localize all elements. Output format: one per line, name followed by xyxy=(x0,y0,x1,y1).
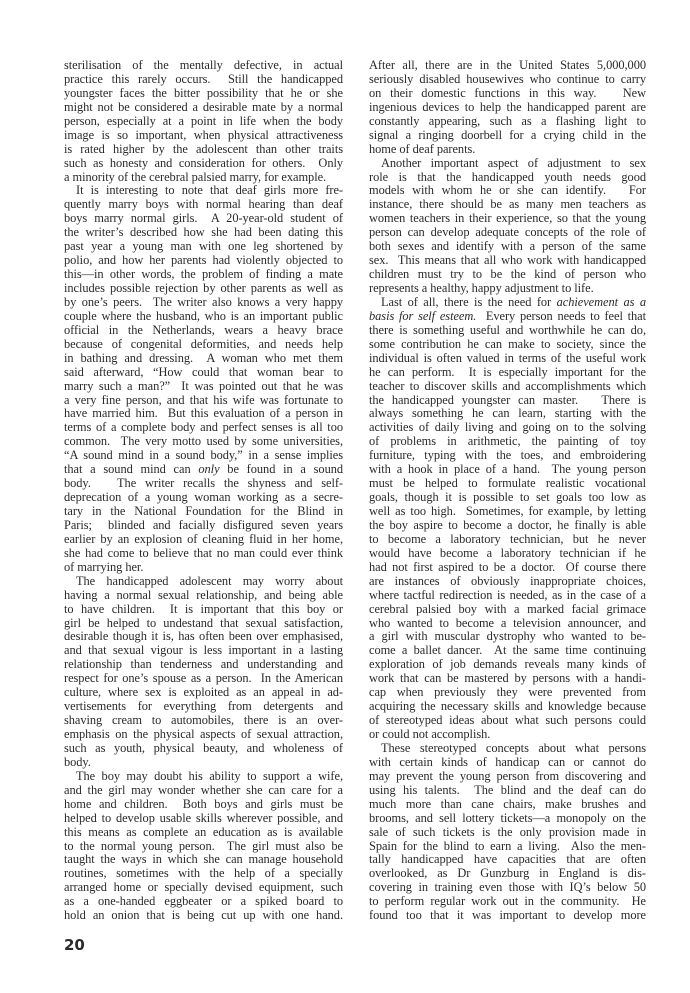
text-line: must be helped to formulate realistic vo… xyxy=(369,477,646,491)
text-line: shaving cream to automobiles, there is a… xyxy=(64,714,343,728)
text-line: past year a young man with one leg short… xyxy=(64,240,343,254)
text-line: on their domestic functions in this way.… xyxy=(369,87,646,101)
text-line: a minority of the cerebral palsied marry… xyxy=(64,171,343,185)
text-line: relationship than tenderness and underst… xyxy=(64,658,343,672)
text-line: sale of such tickets is the only provisi… xyxy=(369,826,646,840)
text-line: terms of a complete body and perfect sen… xyxy=(64,421,343,435)
text-line: such as honesty and consideration for ot… xyxy=(64,157,343,171)
text-line: helped to develop usable skills wherever… xyxy=(64,812,343,826)
text-line: seriously disabled housewives who contin… xyxy=(369,73,646,87)
text-line: includes possible rejection by other par… xyxy=(64,282,343,296)
text-line: there is something useful and worthwhile… xyxy=(369,324,646,338)
text-line: to the normal young person. The girl mus… xyxy=(64,840,343,854)
text-line: to have children. It is important that t… xyxy=(64,603,343,617)
text-line: this means as complete an education as i… xyxy=(64,826,343,840)
text-line: exploration of job demands reveals many … xyxy=(369,658,646,672)
text-line: culture, where sex is exploited as an ap… xyxy=(64,686,343,700)
text-line: constantly appearing, such as a flashing… xyxy=(369,115,646,129)
text-line: a girl with muscular dystrophy who wante… xyxy=(369,630,646,644)
text-line: some contribution he can make to society… xyxy=(369,338,646,352)
text-line: boys marry normal girls. A 20-year-old s… xyxy=(64,212,343,226)
text-line: girl be helped to undestand that sexual … xyxy=(64,617,343,631)
text-line: image is so important, when physical att… xyxy=(64,129,343,143)
text-line: might not be considered a desirable mate… xyxy=(64,101,343,115)
text-line: a very fine person, and that his wife wa… xyxy=(64,394,343,408)
text-line: are instances of obviously inappropriate… xyxy=(369,575,646,589)
text-line: basis for self esteem. Every person need… xyxy=(369,310,646,324)
text-line: of marrying her. xyxy=(64,561,343,575)
text-line: furniture, typing with the toes, and emb… xyxy=(369,449,646,463)
text-line: well as too high. Sometimes, for example… xyxy=(369,505,646,519)
text-line: routines, sometimes with the help of a s… xyxy=(64,867,343,881)
text-line: using his talents. The blind and the dea… xyxy=(369,784,646,798)
text-line: as a one-handed eggbeater or a spiked bo… xyxy=(64,895,343,909)
text-line: The handicapped adolescent may worry abo… xyxy=(64,575,343,589)
text-line: tally handicapped have capacities that a… xyxy=(369,853,646,867)
text-line: ingenious devices to help the handicappe… xyxy=(369,101,646,115)
text-line: brooms, and sell lottery tickets—a monop… xyxy=(369,812,646,826)
text-line: emphasis on the physical aspects of sexu… xyxy=(64,728,343,742)
text-line: cap when previously they were prevented … xyxy=(369,686,646,700)
text-line: would have become a laboratory technicia… xyxy=(369,547,646,561)
text-line: where tactful redirection is needed, as … xyxy=(369,589,646,603)
text-line: Last of all, there is the need for achie… xyxy=(369,296,646,310)
text-line: “A sound mind in a sound body,” in a sen… xyxy=(64,449,343,463)
text-line: found too that it was important to devel… xyxy=(369,909,646,923)
text-line: role is that the handicapped youth needs… xyxy=(369,171,646,185)
text-line: covering in training even those with IQ’… xyxy=(369,881,646,895)
text-line: respect for one’s spouse as a person. In… xyxy=(64,672,343,686)
text-line: in bathing and dressing. A woman who met… xyxy=(64,352,343,366)
text-line: arranged home or specially devised equip… xyxy=(64,881,343,895)
text-line: and that sexual vigour is less important… xyxy=(64,644,343,658)
text-line: person, especially at a point in life wh… xyxy=(64,115,343,129)
text-line: official in the Netherlands, wears a hea… xyxy=(64,324,343,338)
text-line: always something he can learn, starting … xyxy=(369,407,646,421)
text-line: practice this rarely occurs. Still the h… xyxy=(64,73,343,87)
text-line: may prevent the young person from discov… xyxy=(369,770,646,784)
text-line: the boy aspire to become a doctor, he fi… xyxy=(369,519,646,533)
text-line: represents a healthy, happy adjustment t… xyxy=(369,282,646,296)
text-line: the handicapped youngster can master. Th… xyxy=(369,394,646,408)
text-line: activities of daily living and going on … xyxy=(369,421,646,435)
text-line: individual is often valued in terms of t… xyxy=(369,352,646,366)
text-line: who wanted to become a television announ… xyxy=(369,617,646,631)
text-line: After all, there are in the United State… xyxy=(369,59,646,73)
text-line: with a hook in place of a hand. The youn… xyxy=(369,463,646,477)
text-line: instance, there should be as many men te… xyxy=(369,198,646,212)
text-line: Another important aspect of adjustment t… xyxy=(369,157,646,171)
text-line: taught the ways in which she can manage … xyxy=(64,853,343,867)
text-line: couple where the husband, who is an impo… xyxy=(64,310,343,324)
text-line: had not first aspired to be a doctor. Of… xyxy=(369,561,646,575)
text-line: and the girl may wonder whether she can … xyxy=(64,784,343,798)
emphasis-text: basis for self esteem. xyxy=(369,309,476,323)
text-line: earlier by an explosion of cleaning flui… xyxy=(64,533,343,547)
text-line: vertisements for everything from deterge… xyxy=(64,700,343,714)
text-line: tary in the National Foundation for the … xyxy=(64,505,343,519)
text-line: said afterward, “How could that woman be… xyxy=(64,366,343,380)
text-line: home of deaf parents. xyxy=(369,143,646,157)
text-line: overlooked, as Dr Gunzburg in England is… xyxy=(369,867,646,881)
text-line: with certain kinds of handicap can or ca… xyxy=(369,756,646,770)
text-line: signal a ringing doorbell for a crying c… xyxy=(369,129,646,143)
text-line: women teachers in their experience, so t… xyxy=(369,212,646,226)
text-line: of stereotyped ideas about what such per… xyxy=(369,714,646,728)
text-line: person can develop adequate concepts of … xyxy=(369,226,646,240)
text-line: common. The very motto used by some univ… xyxy=(64,435,343,449)
text-line: sex. This means that all who work with h… xyxy=(369,254,646,268)
text-line: desirable though it is, has often been o… xyxy=(64,630,343,644)
text-line: deprecation of a young woman working as … xyxy=(64,491,343,505)
text-line: such as youth, physical beauty, and whol… xyxy=(64,742,343,756)
text-line: body. The writer recalls the shyness and… xyxy=(64,477,343,491)
text-line: the writer’s described how she had been … xyxy=(64,226,343,240)
text-line: Spain for the blind to earn a living. Al… xyxy=(369,840,646,854)
text-line: to perform regular work out in the commu… xyxy=(369,895,646,909)
text-line: models with whom he or she can identify.… xyxy=(369,184,646,198)
text-line: These stereotyped concepts about what pe… xyxy=(369,742,646,756)
text-line: have married him. But this evaluation of… xyxy=(64,407,343,421)
text-line: come a ballet dancer. At the same time c… xyxy=(369,644,646,658)
text-line: or could not accomplish. xyxy=(369,728,646,742)
text-line: this—in other words, the problem of find… xyxy=(64,268,343,282)
text-line: that a sound mind can only be found in a… xyxy=(64,463,343,477)
text-line: she had come to believe that no man coul… xyxy=(64,547,343,561)
text-line: polio, and how her parents had violently… xyxy=(64,254,343,268)
text-line: to become a laboratory technician, but h… xyxy=(369,533,646,547)
text-line: quently marry boys with normal hearing t… xyxy=(64,198,343,212)
text-line: cerebral palsied boy with a marked facia… xyxy=(369,603,646,617)
text-line: body. xyxy=(64,756,343,770)
text-line: having a normal sexual relationship, and… xyxy=(64,589,343,603)
text-line: youngster faces the bitter possibility t… xyxy=(64,87,343,101)
text-line: because of congenital deformities, and n… xyxy=(64,338,343,352)
text-line: is rated higher by the adolescent than o… xyxy=(64,143,343,157)
text-line: by one’s peers. The writer also knows a … xyxy=(64,296,343,310)
text-line: goals, though it is possible to set goal… xyxy=(369,491,646,505)
emphasis-text: achievement as a xyxy=(557,295,646,309)
text-line: home and children. Both boys and girls m… xyxy=(64,798,343,812)
text-line: work that can be mastered by persons wit… xyxy=(369,672,646,686)
text-line: much more than cane chairs, make brushes… xyxy=(369,798,646,812)
text-line: It is interesting to note that deaf girl… xyxy=(64,184,343,198)
emphasis-text: only xyxy=(198,462,219,476)
text-line: acquiring the necessary skills and knowl… xyxy=(369,700,646,714)
text-line: marry such a man?” It was pointed out th… xyxy=(64,380,343,394)
text-line: both sexes and identify with a person of… xyxy=(369,240,646,254)
text-line: hold an onion that is being cut up with … xyxy=(64,909,343,923)
text-line: teacher to discover skills and accomplis… xyxy=(369,380,646,394)
text-line: children must try to be the kind of pers… xyxy=(369,268,646,282)
text-line: Paris; blinded and facially disfigured s… xyxy=(64,519,343,533)
text-line: The boy may doubt his ability to support… xyxy=(64,770,343,784)
text-line: of problems in arithmetic, the painting … xyxy=(369,435,646,449)
text-line: he can perform. It is especially importa… xyxy=(369,366,646,380)
left-column: sterilisation of the mentally defective,… xyxy=(64,59,343,923)
text-line: sterilisation of the mentally defective,… xyxy=(64,59,343,73)
right-column: After all, there are in the United State… xyxy=(369,59,646,923)
page-number: 20 xyxy=(64,936,85,954)
